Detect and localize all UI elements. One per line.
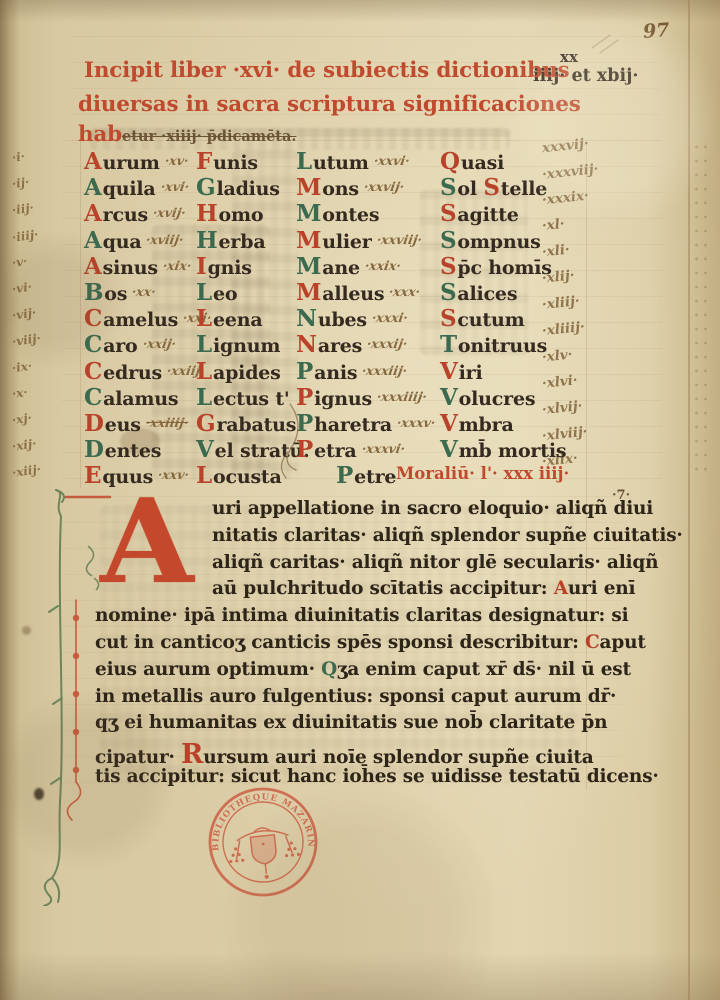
margin-numeral: ·xiij· (11, 462, 42, 480)
index-entry-initial: C (84, 384, 102, 411)
index-entry-initial: G (196, 174, 215, 201)
index-entry-initial: M (296, 279, 321, 306)
index-entry-word: qua (103, 231, 142, 253)
rubric-line-3-red: hab (78, 122, 122, 147)
index-entry-initial: P (296, 358, 313, 385)
index-entry: Leo (196, 279, 237, 306)
margin-numeral: ·vij· (11, 306, 37, 323)
index-entry-initial: A (84, 227, 102, 254)
index-entry: Malleus·xxx· (296, 279, 420, 306)
index-entry: Pharetra·xxxv· (296, 410, 435, 437)
index-entry-initial: L (196, 331, 212, 358)
index-entry-initial: S (440, 200, 456, 227)
margin-numeral: ·xlvij· (541, 398, 583, 418)
page-edge-speckles (692, 140, 712, 480)
index-entry: Vel stratū. (196, 436, 310, 463)
index-entry: Sp̄c homīs (440, 253, 552, 280)
index-entry: Lectus t' (196, 384, 290, 411)
illuminated-initial-A: A (84, 490, 211, 610)
rubric-line-3: habetur ·xiiij· p̄dicamēta. (78, 122, 296, 147)
index-entry: Lapides (196, 358, 281, 385)
index-entry-word: etre (354, 466, 396, 488)
index-entry-word: ane (322, 257, 360, 279)
index-entry-chapter-numeral: ·xix· (162, 258, 193, 273)
index-entry-initial: I (196, 253, 207, 280)
index-entry-initial: S (483, 174, 499, 201)
index-entry-word: alleus (322, 283, 384, 305)
index-entry-initial: C (84, 331, 102, 358)
rubric-line-3-struck: etur ·xiiij· p̄dicamēta. (122, 128, 296, 145)
index-entry-initial: L (296, 148, 312, 175)
index-entry-word: ocusta (213, 466, 282, 488)
index-entry: Caro·xxij· (84, 331, 175, 358)
index-entry: Sagitte (440, 200, 519, 227)
stamp-text: BIBLIOTHEQUE MAZARINE (207, 786, 316, 859)
margin-numeral: ·xlvi· (541, 372, 578, 392)
index-entry-word: anis (314, 362, 357, 384)
body-text-line: cut in canticoʒ canticis spēs sponsi de… (95, 632, 646, 653)
index-entry: Aqua·xviij· (84, 227, 184, 254)
margin-numeral: ·ix· (11, 358, 33, 375)
index-entry-initial: Q (440, 148, 460, 175)
index-entry-initial: M (296, 200, 321, 227)
index-entry-initial: H (196, 200, 218, 227)
index-entry-initial: L (196, 305, 212, 332)
index-entry-initial: F (196, 148, 212, 175)
index-entry-initial: L (196, 462, 212, 489)
index-entry: Calamus (84, 384, 178, 411)
index-entry-word: ignum (213, 335, 280, 357)
folio-number: 97 (642, 19, 670, 43)
index-entry-word: etra (314, 440, 356, 462)
index-entry-initial: S (440, 253, 456, 280)
index-entry-word: mbra (459, 414, 514, 436)
index-entry-word: telle (501, 178, 547, 200)
index-entry-initial: A (84, 174, 102, 201)
margin-numeral: ·xliij· (541, 293, 580, 313)
index-entry-word: omo (219, 204, 264, 226)
index-entry-word: ladius (216, 178, 279, 200)
margin-numeral: ·xliiij· (541, 319, 585, 339)
index-entry-initial: H (196, 227, 218, 254)
ruling-vertical-left (80, 140, 81, 488)
body-text-line: aliqñ caritas· aliqñ nitor glē seculari… (212, 552, 658, 573)
index-entry-word: urum (103, 152, 160, 174)
margin-numeral: ·x· (11, 385, 28, 401)
index-entry-word: haretra (314, 414, 392, 436)
margin-numeral: ·xxxix· (541, 188, 589, 209)
index-entry-word: rcus (103, 204, 148, 226)
index-entry-chapter-numeral: ·xxix· (364, 258, 402, 273)
index-entry: Homo (196, 200, 263, 227)
index-entry-initial: A (84, 200, 102, 227)
index-entry-word: entes (105, 440, 161, 462)
body-text-line: in metallis auro fulgentius: sponsi capu… (95, 686, 616, 707)
index-entry-word: ulier (322, 231, 371, 253)
index-entry: Panis·xxxiij· (296, 358, 407, 385)
index-entry: Salices (440, 279, 517, 306)
stain-spot (22, 626, 31, 635)
index-entry-chapter-numeral: ·xvi· (159, 179, 190, 194)
body-text-line: aū pulchritudo scītatis accipitur: Aur… (212, 578, 635, 599)
index-entry-word: ons (322, 178, 359, 200)
index-entry-word: quila (103, 178, 156, 200)
index-entry-chapter-numeral: ·xv· (163, 153, 189, 168)
index-entry-initial: V (440, 358, 458, 385)
index-entry: Quasi (440, 148, 504, 175)
index-entry-initial: P (336, 462, 353, 489)
index-entry-chapter-numeral: ·xxvij· (363, 179, 406, 194)
index-entry: Viri (440, 358, 483, 385)
index-entry-word: ontes (322, 204, 379, 226)
index-entry: Bos·xx· (84, 279, 156, 306)
index-entry-word: cutum (457, 309, 524, 331)
index-entry-word: ares (318, 335, 362, 357)
index-entry-chapter-numeral: ·xxxi· (371, 310, 409, 325)
index-entry-word: amelus (103, 309, 178, 331)
index-entry-word: ignus (314, 388, 372, 410)
margin-numeral: ·xxxviij· (541, 161, 599, 183)
index-entry-initial: V (440, 436, 458, 463)
index-entry-chapter-numeral: ·xxxvi· (360, 441, 406, 456)
index-entry-initial: A (84, 253, 102, 280)
manuscript-page: 97 xx iiij· et xbij· Incipit liber ·xvi·… (0, 0, 720, 1000)
index-entry-initial: M (296, 227, 321, 254)
index-entry-word: eo (213, 283, 237, 305)
index-entry: Funis (196, 148, 258, 175)
index-entry: Mulier·xxviij· (296, 227, 422, 254)
index-entry-word: eus (105, 414, 141, 436)
index-entry-initial: L (196, 279, 212, 306)
index-entry-word: mb̄ mortis (459, 440, 567, 462)
index-entry-initial: N (296, 331, 317, 358)
index-entry: Locusta (196, 462, 282, 489)
index-entry-word: utum (313, 152, 369, 174)
body-text-line: tis accipitur: sicut hanc ioh̄es se uidi… (95, 766, 659, 787)
index-entry: Deus·xxiiij· (84, 410, 188, 437)
index-entry-word: rabatus (216, 414, 296, 436)
index-entry: Sol Stelle (440, 174, 547, 201)
index-entry: Aquila·xvi· (84, 174, 189, 201)
index-entry-initial: N (296, 305, 317, 332)
index-entry-chapter-numeral: ·xxvi· (372, 153, 410, 168)
body-text-line: uri appellatione in sacro eloquio· aliqñ… (212, 498, 653, 519)
index-entry-word: uasi (461, 152, 504, 174)
index-entry-initial: G (196, 410, 215, 437)
margin-numeral: ·xj· (11, 411, 33, 428)
body-text-line: nomine· ipā intima diuinitatis claritas… (95, 605, 628, 626)
index-entry-word: ubes (318, 309, 367, 331)
index-entry: Scutum (440, 305, 525, 332)
index-entry-initial: S (440, 174, 456, 201)
index-entry-initial: P (296, 410, 313, 437)
index-entry-word: eena (213, 309, 263, 331)
index-entry: Sompnus (440, 227, 541, 254)
index-entry: Vmbra (440, 410, 514, 437)
index-entry-word: alices (457, 283, 517, 305)
index-entry: Petre (336, 462, 396, 489)
index-entry-initial: C (84, 305, 102, 332)
library-stamp-icon: BIBLIOTHEQUE MAZARINE (207, 786, 319, 898)
index-entry-initial: V (440, 410, 458, 437)
index-entry: Petra·xxxvi· (296, 436, 405, 463)
index-entry: Vmb̄ mortis (440, 436, 566, 463)
index-entry: Asinus·xix· (84, 253, 191, 280)
index-entry-chapter-numeral: ·xxx· (388, 284, 422, 299)
svg-text:BIBLIOTHEQUE MAZARINE: BIBLIOTHEQUE MAZARINE (207, 786, 316, 859)
index-entry-word: alamus (103, 388, 178, 410)
index-entry-chapter-numeral: ·xxij· (141, 336, 177, 351)
index-entry-word: iri (459, 362, 483, 384)
index-entry: Dentes (84, 436, 161, 463)
index-entry-initial: D (84, 410, 104, 437)
index-entry-initial: V (440, 384, 458, 411)
index-entry: Lignum (196, 331, 280, 358)
index-entry: Leena (196, 305, 263, 332)
index-entry: Mons·xxvij· (296, 174, 404, 201)
margin-numeral: ·xl· (541, 215, 565, 233)
index-entry: Grabatus (196, 410, 296, 437)
index-entry-chapter-numeral: ·xxxv· (396, 415, 437, 430)
body-text-line: qʒ ei humanitas ex diuinitatis sue nob̄ … (95, 712, 607, 733)
index-entry-chapter-numeral: ·xx· (131, 284, 157, 299)
index-entry: Nubes·xxxi· (296, 305, 408, 332)
index-entry-initial: L (196, 384, 212, 411)
index-entry-word: unis (213, 152, 258, 174)
index-entry-chapter-numeral: ·xxviij· (375, 232, 423, 247)
index-entry-initial: V (196, 436, 214, 463)
index-entry-initial: C (84, 358, 102, 385)
index-entry-chapter-numeral: ·xviij· (145, 232, 185, 247)
index-entry: Mane·xxix· (296, 253, 401, 280)
margin-numeral: xxxvij· (541, 136, 589, 157)
index-entry-word: ectus t' (213, 388, 290, 410)
rubric-line-1: Incipit liber ·xvi· de subiectis diction… (84, 58, 569, 83)
index-entry: Gladius (196, 174, 280, 201)
index-entry-word: gnis (208, 257, 252, 279)
ink-spot (34, 788, 44, 800)
index-entry: Aurum·xv· (84, 148, 188, 175)
moralium-reference: Moraliū· l'· xxx iiij· (396, 464, 569, 483)
index-entry-word: aro (103, 335, 137, 357)
index-entry-initial: P (296, 436, 313, 463)
index-entry-initial: S (440, 279, 456, 306)
index-entry-chapter-numeral: ·xxxij· (366, 336, 409, 351)
body-text-line: eius aurum optimum· Qʒa enim caput xr̄ d… (95, 659, 631, 680)
index-entry-initial: B (84, 279, 103, 306)
index-entry: Herba (196, 227, 265, 254)
index-entry-initial: S (440, 305, 456, 332)
index-entry-word: agitte (457, 204, 518, 226)
index-entry-word: ompnus (457, 231, 540, 253)
index-entry-word: sinus (103, 257, 158, 279)
index-entry-initial: S (440, 227, 456, 254)
index-entry-word: olucres (459, 388, 536, 410)
index-entry: Lutum·xxvi· (296, 148, 409, 175)
rubric-line-2: diuersas in sacra scriptura significacio… (78, 92, 581, 117)
index-entry-chapter-numeral: ·xvij· (152, 205, 187, 220)
index-entry-chapter-numeral: ·xxxiij· (361, 363, 409, 378)
index-entry-initial: T (440, 331, 457, 358)
body-text-line: nitatis claritas· aliqñ splendor supñe c… (212, 525, 683, 546)
index-entry-word: p̄c homīs (457, 257, 551, 279)
index-entry-chapter-numeral: ·xxiiij· (144, 415, 189, 430)
index-entry-word: erba (219, 231, 266, 253)
margin-numeral: ·vi· (11, 280, 33, 297)
index-entry: Nares·xxxij· (296, 331, 407, 358)
index-entry-word: os (104, 283, 127, 305)
index-entry-chapter-numeral: ·xxxiiij· (376, 389, 428, 404)
margin-numeral: ·xij· (11, 437, 37, 454)
margin-numeral: ·i· (11, 149, 26, 165)
margin-numeral: ·v· (11, 254, 28, 270)
index-entry-word: apides (213, 362, 281, 384)
index-entry-initial: P (296, 384, 313, 411)
margin-numeral: ·viij· (11, 331, 41, 349)
index-entry: Ignis (196, 253, 252, 280)
index-entry-word: ol (457, 178, 483, 200)
index-entry-initial: L (196, 358, 212, 385)
index-entry: Montes (296, 200, 379, 227)
index-entry: Volucres (440, 384, 535, 411)
index-entry-initial: D (84, 436, 104, 463)
margin-numeral: ·ij· (11, 175, 30, 191)
margin-numeral: ·iij· (11, 201, 35, 218)
index-entry-initial: M (296, 174, 321, 201)
index-entry: Pignus·xxxiiij· (296, 384, 427, 411)
index-entry: Camelus·xxi· (84, 305, 212, 332)
index-entry: Cedrus·xxiij· (84, 358, 205, 385)
margin-numeral: ·iiij· (11, 227, 39, 245)
index-entry: Tonitruus (440, 331, 547, 358)
index-entry-word: onitruus (458, 335, 547, 357)
page-edge-line (688, 0, 690, 1000)
index-entry-initial: M (296, 253, 321, 280)
index-entry-initial: E (84, 462, 101, 489)
index-entry-word: edrus (103, 362, 162, 384)
index-entry: Arcus·xvij· (84, 200, 186, 227)
index-entry-initial: A (84, 148, 102, 175)
